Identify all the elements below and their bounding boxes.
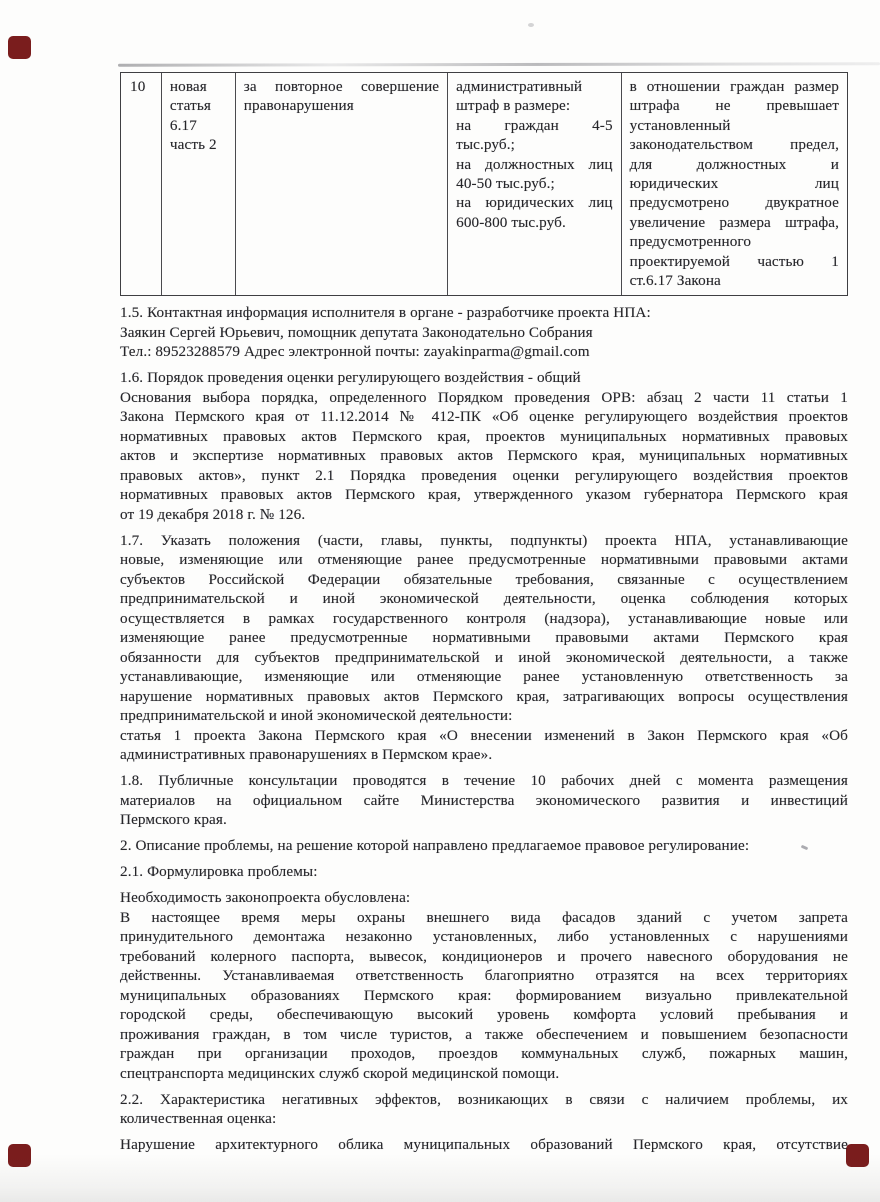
text-line: проектируемой частью 1	[630, 252, 839, 271]
scan-streak-artifact	[118, 62, 880, 67]
text-line: в отношении граждан размер	[630, 77, 839, 96]
text-line: муниципальных образованиях Пермского кра…	[120, 986, 848, 1006]
text-line: за повторное совершение	[244, 77, 439, 96]
text-line: статья 1 проекта Закона Пермского края «…	[120, 726, 848, 746]
text-line: 1.6. Порядок проведения оценки регулирую…	[120, 368, 848, 388]
fines-table: 10 новаястатья6.17часть 2 за повторное с…	[120, 72, 848, 296]
text-line: правонарушения	[244, 96, 439, 115]
text-line: 2.1. Формулировка проблемы:	[120, 862, 848, 882]
text-line: 1.8. Публичные консультации проводятся в…	[120, 771, 848, 791]
text-line: В настоящее время меры охраны внешнего в…	[120, 908, 848, 928]
text-line: граждан при организации проходов, проезд…	[120, 1044, 848, 1064]
paragraph-necessity: Необходимость законопроекта обусловлена:…	[120, 888, 848, 1083]
text-line: 600-800 тыс.руб.	[456, 213, 613, 232]
text-line: предусмотрено двукратное	[630, 193, 839, 212]
text-line: Закона Пермского края от 11.12.2014 № 41…	[120, 407, 848, 427]
text-line: Нарушение архитектурного облика муниципа…	[120, 1135, 848, 1155]
text-line: на граждан 4-5	[456, 116, 613, 135]
text-line: нарушение нормативных правовых актов Пер…	[120, 687, 848, 707]
paragraph-1-8-public-consultations: 1.8. Публичные консультации проводятся в…	[120, 771, 848, 830]
table-cell-row-number: 10	[121, 73, 162, 295]
table-cell-violation: за повторное совершениеправонарушения	[236, 73, 448, 295]
text-line: предпринимательской и иной экономической…	[120, 589, 848, 609]
text-line: 40-50 тыс.руб.;	[456, 174, 613, 193]
text-line: на должностных лиц	[456, 155, 613, 174]
text-line: нормативных правовых актов Пермского кра…	[120, 427, 848, 447]
text-line: Пермского края.	[120, 810, 848, 830]
text-line: предпринимательской и иной экономической…	[120, 706, 848, 726]
text-line: нормативных правовых актов Пермского кра…	[120, 485, 848, 505]
text-line: ст.6.17 Закона	[630, 271, 839, 290]
text-line: спецтранспорта медицинских служб скорой …	[120, 1064, 848, 1084]
paragraph-2-2-negative-effects: 2.2. Характеристика негативных эффектов,…	[120, 1090, 848, 1129]
text-line: городской среды, обеспечивающую высокий …	[120, 1005, 848, 1025]
text-line: Необходимость законопроекта обусловлена:	[120, 888, 848, 908]
red-marker-bottom-right-icon	[846, 1144, 869, 1167]
row-number: 10	[130, 77, 153, 96]
paragraph-2-problem-description: 2. Описание проблемы, на решение которой…	[120, 836, 848, 856]
text-line: часть 2	[170, 135, 227, 154]
text-line: административных правонарушениях в Пермс…	[120, 745, 848, 765]
text-line: увеличение размера штрафа,	[630, 213, 839, 232]
text-line: обязанности для субъектов предпринимател…	[120, 648, 848, 668]
text-line: 2.2. Характеристика негативных эффектов,…	[120, 1090, 848, 1110]
paragraph-1-7-provisions: 1.7. Указать положения (части, главы, пу…	[120, 531, 848, 765]
text-line: законодательством предел,	[630, 135, 839, 154]
scan-speck-artifact	[528, 23, 534, 27]
text-line: от 19 декабря 2018 г. № 126.	[120, 505, 848, 525]
text-line: материалов на официальном сайте Министер…	[120, 791, 848, 811]
text-line: для должностных и	[630, 155, 839, 174]
document-page: 10 новаястатья6.17часть 2 за повторное с…	[0, 0, 880, 1202]
text-line: количественная оценка:	[120, 1109, 848, 1129]
paragraph-violation: Нарушение архитектурного облика муниципа…	[120, 1135, 848, 1155]
text-line: установленный	[630, 116, 839, 135]
text-line: штраф в размере:	[456, 96, 613, 115]
text-line: на юридических лиц	[456, 193, 613, 212]
text-line: осуществляется в рамках государственного…	[120, 609, 848, 629]
text-line: 2. Описание проблемы, на решение которой…	[120, 836, 848, 856]
document-body: 1.5. Контактная информация исполнителя в…	[120, 303, 848, 1161]
text-line: 1.7. Указать положения (части, главы, пу…	[120, 531, 848, 551]
text-line: 1.5. Контактная информация исполнителя в…	[120, 303, 848, 323]
text-line: Тел.: 89523288579 Адрес электронной почт…	[120, 342, 848, 362]
text-line: проживания граждан, в том числе туристов…	[120, 1025, 848, 1045]
text-line: действенны. Устанавливаемая ответственно…	[120, 966, 848, 986]
text-line: новые, изменяющие или отменяющие ранее п…	[120, 550, 848, 570]
text-line: требований колерного паспорта, вывесок, …	[120, 947, 848, 967]
paragraph-1-5-contact-info: 1.5. Контактная информация исполнителя в…	[120, 303, 848, 362]
red-marker-top-left-icon	[8, 36, 31, 59]
text-line: юридических лиц	[630, 174, 839, 193]
paragraph-2-1-problem-formulation: 2.1. Формулировка проблемы:	[120, 862, 848, 882]
paragraph-1-6-orv-procedure: 1.6. Порядок проведения оценки регулирую…	[120, 368, 848, 524]
text-line: административный	[456, 77, 613, 96]
table-cell-note: в отношении граждан размерштрафа не прев…	[622, 73, 847, 295]
text-line: статья	[170, 96, 227, 115]
table-cell-penalty: административныйштраф в размере:на гражд…	[448, 73, 622, 295]
text-line: Заякин Сергей Юрьевич, помощник депутата…	[120, 323, 848, 343]
text-line: субъектов Российской Федерации обязатель…	[120, 570, 848, 590]
text-line: принудительного демонтажа незаконно уста…	[120, 927, 848, 947]
text-line: актов и экспертизе нормативных правовых …	[120, 446, 848, 466]
text-line: Основания выбора порядка, определенного …	[120, 388, 848, 408]
text-line: изменяющие ранее предусмотренные нормати…	[120, 628, 848, 648]
text-line: 6.17	[170, 116, 227, 135]
text-line: устанавливающие, изменяющие или отменяющ…	[120, 667, 848, 687]
text-line: тыс.руб.;	[456, 135, 613, 154]
text-line: правовых актов», пункт 2.1 Порядка прове…	[120, 466, 848, 486]
text-line: новая	[170, 77, 227, 96]
text-line: предусмотренного	[630, 232, 839, 251]
table-cell-article: новаястатья6.17часть 2	[162, 73, 236, 295]
red-marker-bottom-left-icon	[8, 1144, 31, 1167]
text-line: штрафа не превышает	[630, 96, 839, 115]
